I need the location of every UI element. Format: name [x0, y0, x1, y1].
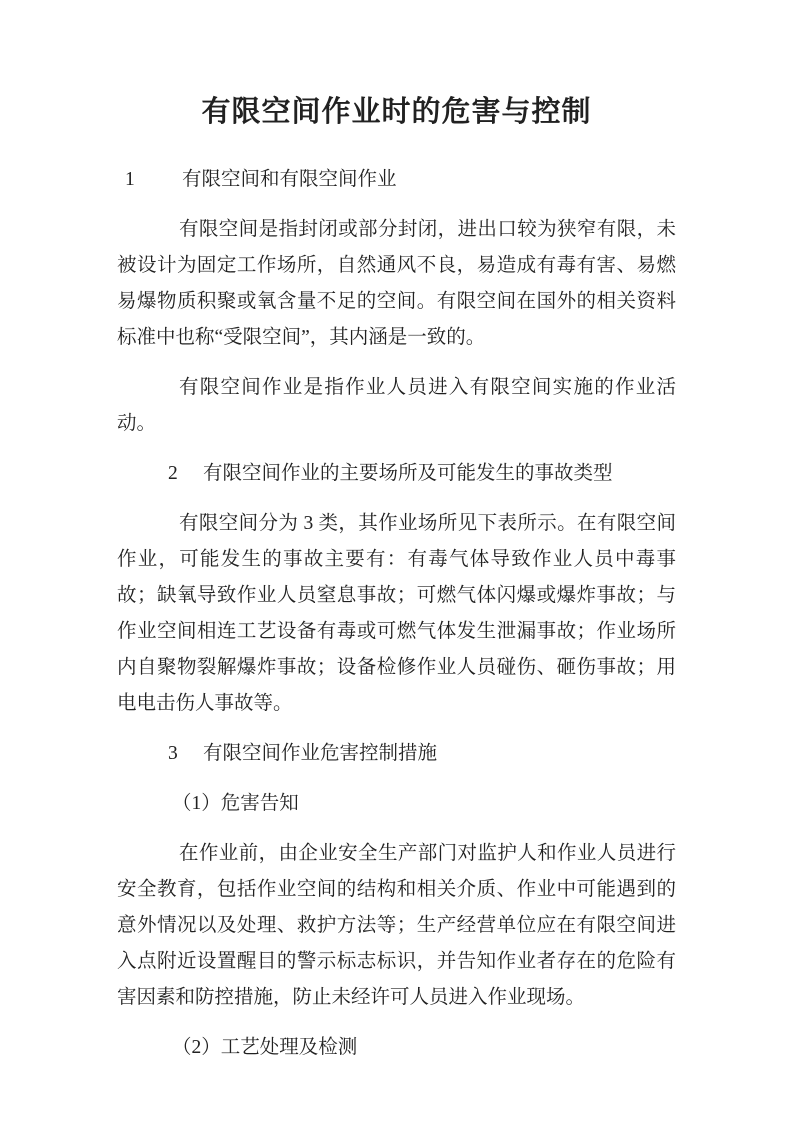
section-heading-1: 1有限空间和有限空间作业	[117, 162, 676, 198]
section-3-number: 3	[168, 736, 203, 772]
paragraph-hazard-notification-detail: 在作业前，由企业安全生产部门对监护人和作业人员进行安全教育，包括作业空间的结构和…	[117, 836, 676, 1016]
section-1-number: 1	[125, 162, 182, 198]
document-page: 有限空间作业时的危害与控制 1有限空间和有限空间作业 有限空间是指封闭或部分封闭…	[0, 0, 793, 1122]
section-heading-2: 2有限空间作业的主要场所及可能发生的事故类型	[117, 456, 676, 492]
subheading-process-handling-detection: （2）工艺处理及检测	[117, 1030, 676, 1066]
paragraph-confined-space-work-definition: 有限空间作业是指作业人员进入有限空间实施的作业活动。	[117, 370, 676, 442]
subheading-hazard-notification: （1）危害告知	[117, 786, 676, 822]
section-heading-3: 3有限空间作业危害控制措施	[117, 736, 676, 772]
section-2-title: 有限空间作业的主要场所及可能发生的事故类型	[203, 463, 613, 484]
page-title: 有限空间作业时的危害与控制	[117, 92, 676, 132]
section-2-number: 2	[168, 456, 203, 492]
section-3-title: 有限空间作业危害控制措施	[203, 743, 437, 764]
section-1-title: 有限空间和有限空间作业	[182, 169, 397, 190]
paragraph-confined-space-definition: 有限空间是指封闭或部分封闭，进出口较为狭窄有限，未被设计为固定工作场所，自然通风…	[117, 212, 676, 356]
paragraph-accident-types: 有限空间分为 3 类，其作业场所见下表所示。在有限空间作业，可能发生的事故主要有…	[117, 506, 676, 722]
